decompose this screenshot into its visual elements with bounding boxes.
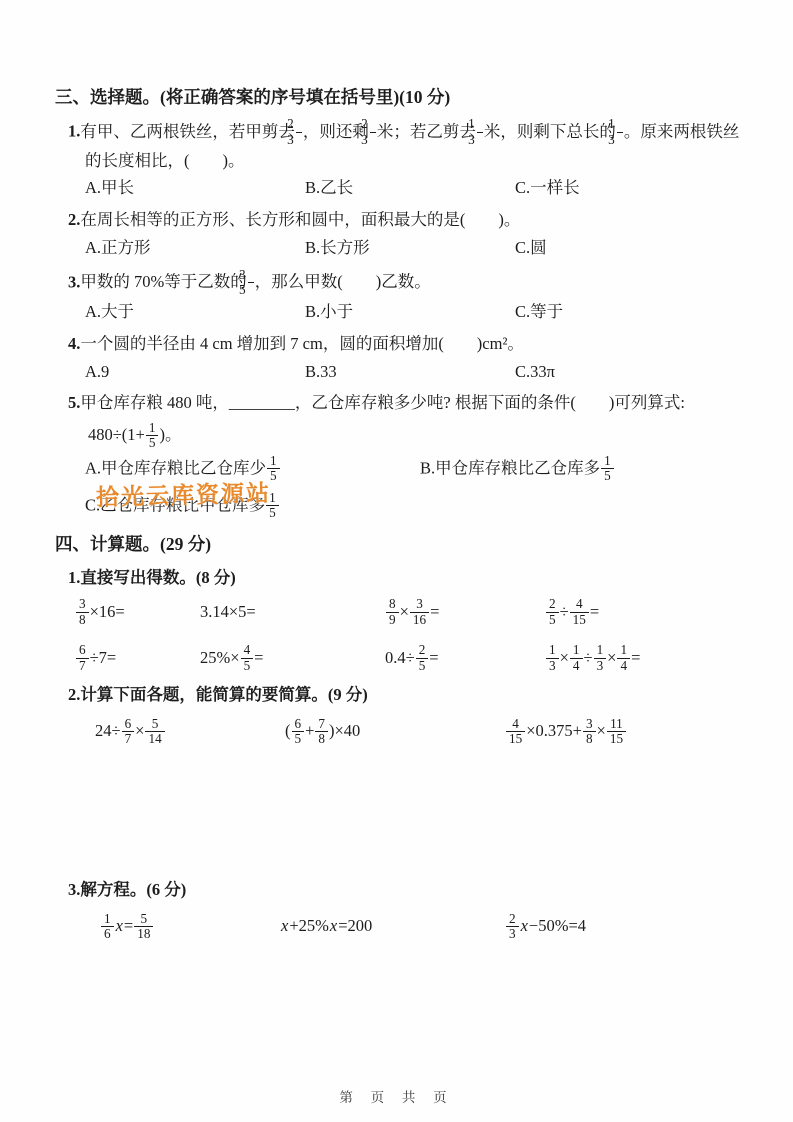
question-3-number: 3. <box>68 272 80 291</box>
question-1-number: 1. <box>68 122 80 141</box>
question-3-text: 甲数的 70%等于乙数的35，那么甲数( )乙数。 <box>80 272 430 291</box>
calc-sub3-title: 3.解方程。(6 分) <box>68 877 751 903</box>
question-3-option-a: A.大于 <box>85 299 305 326</box>
calc-sub2-title: 2.计算下面各题，能简算的要简算。(9 分) <box>68 682 751 708</box>
section-calc-title: 四、计算题。(29 分) <box>55 531 751 557</box>
question-1-options: A.甲长 B.乙长 C.一样长 <box>85 175 751 202</box>
calc-sub1-title: 1.直接写出得数。(8 分) <box>68 565 751 591</box>
question-3: 3.甲数的 70%等于乙数的35，那么甲数( )乙数。 <box>68 267 751 299</box>
page-footer: 第 页 共 页 <box>0 1086 793 1106</box>
question-3-option-c: C.等于 <box>515 299 751 326</box>
question-5: 5.甲仓库存粮 480 吨，________，乙仓库存粮多少吨? 根据下面的条件… <box>68 390 751 417</box>
question-5-expression: 480÷(1+15)。 <box>88 419 751 451</box>
question-1-text: 有甲、乙两根铁丝，若甲剪去23，则还剩23米；若乙剪去13米，则剩下总长的13。… <box>80 122 739 170</box>
question-3-option-b: B.小于 <box>305 299 515 326</box>
question-2-option-c: C.圆 <box>515 235 751 262</box>
simplify-grid: 24÷67×514 (65+78)×40 415×0.375+38×1115 <box>95 714 751 749</box>
direct-calc-grid: 38×16= 3.14×5= 89×316= 25÷415= 67÷7= 25%… <box>75 596 751 674</box>
solve-equations-grid: 16x=518 x+25%x=200 23x−50%=4 <box>100 909 751 944</box>
question-1-option-a: A.甲长 <box>85 175 305 202</box>
direct-calc-item-4: 25÷415= <box>545 596 751 628</box>
direct-calc-item-1: 38×16= <box>75 596 200 628</box>
direct-calc-item-6: 25%×45= <box>200 642 385 674</box>
equation-item-1: 16x=518 <box>100 909 280 944</box>
question-3-options: A.大于 B.小于 C.等于 <box>85 299 751 326</box>
direct-calc-item-3: 89×316= <box>385 596 545 628</box>
question-4-number: 4. <box>68 334 80 353</box>
question-1-option-b: B.乙长 <box>305 175 515 202</box>
equation-item-2: x+25%x=200 <box>280 909 505 944</box>
simplify-item-3: 415×0.375+38×1115 <box>505 714 751 749</box>
direct-calc-item-7: 0.4÷25= <box>385 642 545 674</box>
question-4-text: 一个圆的半径由 4 cm 增加到 7 cm，圆的面积增加( )cm²。 <box>80 334 524 353</box>
question-5-text: 甲仓库存粮 480 吨，________，乙仓库存粮多少吨? 根据下面的条件( … <box>80 393 685 412</box>
simplify-item-1: 24÷67×514 <box>95 714 285 749</box>
question-2-text: 在周长相等的正方形、长方形和圆中，面积最大的是( )。 <box>80 210 520 229</box>
watermark: 拾光云库资源站 <box>96 475 272 513</box>
question-5-option-b: B.甲仓库存粮比乙仓库多15 <box>420 453 751 485</box>
question-2-option-a: A.正方形 <box>85 235 305 262</box>
question-5-number: 5. <box>68 393 80 412</box>
question-4: 4.一个圆的半径由 4 cm 增加到 7 cm，圆的面积增加( )cm²。 <box>68 331 751 358</box>
question-4-option-c: C.33π <box>515 359 751 386</box>
question-4-option-a: A.9 <box>85 359 305 386</box>
question-4-options: A.9 B.33 C.33π <box>85 359 751 386</box>
question-2: 2.在周长相等的正方形、长方形和圆中，面积最大的是( )。 <box>68 207 751 234</box>
section-choice-title: 三、选择题。(将正确答案的序号填在括号里)(10 分) <box>55 84 751 110</box>
equation-item-3: 23x−50%=4 <box>505 909 751 944</box>
question-1: 1.有甲、乙两根铁丝，若甲剪去23，则还剩23米；若乙剪去13米，则剩下总长的1… <box>68 116 751 174</box>
question-2-options: A.正方形 B.长方形 C.圆 <box>85 235 751 262</box>
direct-calc-item-8: 13×14÷13×14= <box>545 642 751 674</box>
direct-calc-item-2: 3.14×5= <box>200 596 385 628</box>
direct-calc-item-5: 67÷7= <box>75 642 200 674</box>
test-paper-page: 三、选择题。(将正确答案的序号填在括号里)(10 分) 1.有甲、乙两根铁丝，若… <box>0 0 793 1122</box>
question-2-number: 2. <box>68 210 80 229</box>
question-1-option-c: C.一样长 <box>515 175 751 202</box>
question-4-option-b: B.33 <box>305 359 515 386</box>
simplify-item-2: (65+78)×40 <box>285 714 505 749</box>
question-2-option-b: B.长方形 <box>305 235 515 262</box>
